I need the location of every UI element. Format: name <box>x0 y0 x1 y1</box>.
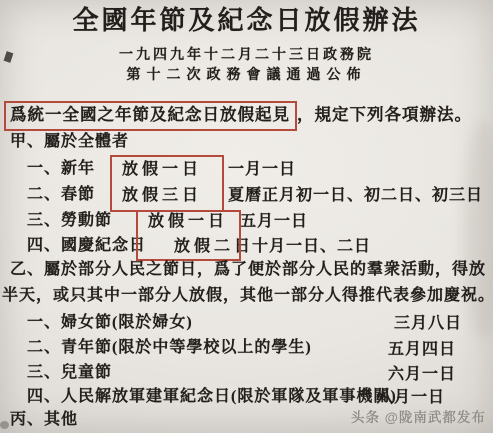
holiday-date: 一月一日 <box>228 161 296 179</box>
holiday-days: 放假二日 <box>174 238 254 256</box>
holiday-date: 三月八日 <box>394 315 462 333</box>
toutiao-watermark: 头条 @陇南武都发布 <box>351 406 486 426</box>
section-b-heading-line2: 半天，或只其中一部分人放假，其他一部分人得推代表參加慶祝。 <box>2 287 493 305</box>
holiday-name: 三、兒童節 <box>27 364 112 382</box>
section-a-heading: 甲、屬於全體者 <box>10 133 129 151</box>
document-title: 全國年節及紀念日放假辦法 <box>0 6 493 36</box>
holiday-date: 五月四日 <box>388 341 456 359</box>
holiday-date: 夏曆正月初一日、初二日、初三日 <box>228 187 483 205</box>
holiday-name: 二、春節 <box>27 186 95 204</box>
holiday-name: 一、婦女節(限於婦女) <box>27 314 193 332</box>
intro-highlight-box: 爲統一全國之年節及紀念日放假起見 <box>4 101 297 131</box>
holiday-date: 八月一日 <box>377 389 445 407</box>
intro-line: 爲統一全國之年節及紀念日放假起見，規定下列各項辦法。 <box>4 101 472 131</box>
intro-rest: ，規定下列各項辦法。 <box>297 105 472 124</box>
section-c-heading: 丙、其他 <box>10 411 78 429</box>
holiday-name: 三、勞動節 <box>27 212 112 230</box>
holiday-name: 二、青年節(限於中等學校以上的學生) <box>27 339 312 357</box>
subtitle-meeting-line: 第十二次政務會議通過公佈 <box>0 68 493 84</box>
holiday-date: 五月一日 <box>240 213 308 231</box>
holiday-days: 放假三日 <box>122 187 202 205</box>
holiday-days: 放假一日 <box>122 161 202 179</box>
subtitle-date-line: 一九四九年十二月二十三日政務院 <box>0 48 493 64</box>
section-b-heading-line1: 乙、屬於部分人民之節日，爲了便於部分人民的羣衆活動，得放 <box>10 261 486 279</box>
holiday-name: 四、人民解放軍建軍紀念日(限於軍隊及軍事機關)- <box>27 388 403 406</box>
holiday-name: 一、新年 <box>27 160 95 178</box>
holiday-days: 放假一日 <box>148 213 228 231</box>
holiday-name: 四、國慶紀念日 <box>27 237 146 255</box>
holiday-date: 六月一日 <box>388 366 456 384</box>
scanned-document: 全國年節及紀念日放假辦法 一九四九年十二月二十三日政務院 第十二次政務會議通過公… <box>0 0 493 433</box>
holiday-date: 十月一日、二日 <box>252 238 371 256</box>
